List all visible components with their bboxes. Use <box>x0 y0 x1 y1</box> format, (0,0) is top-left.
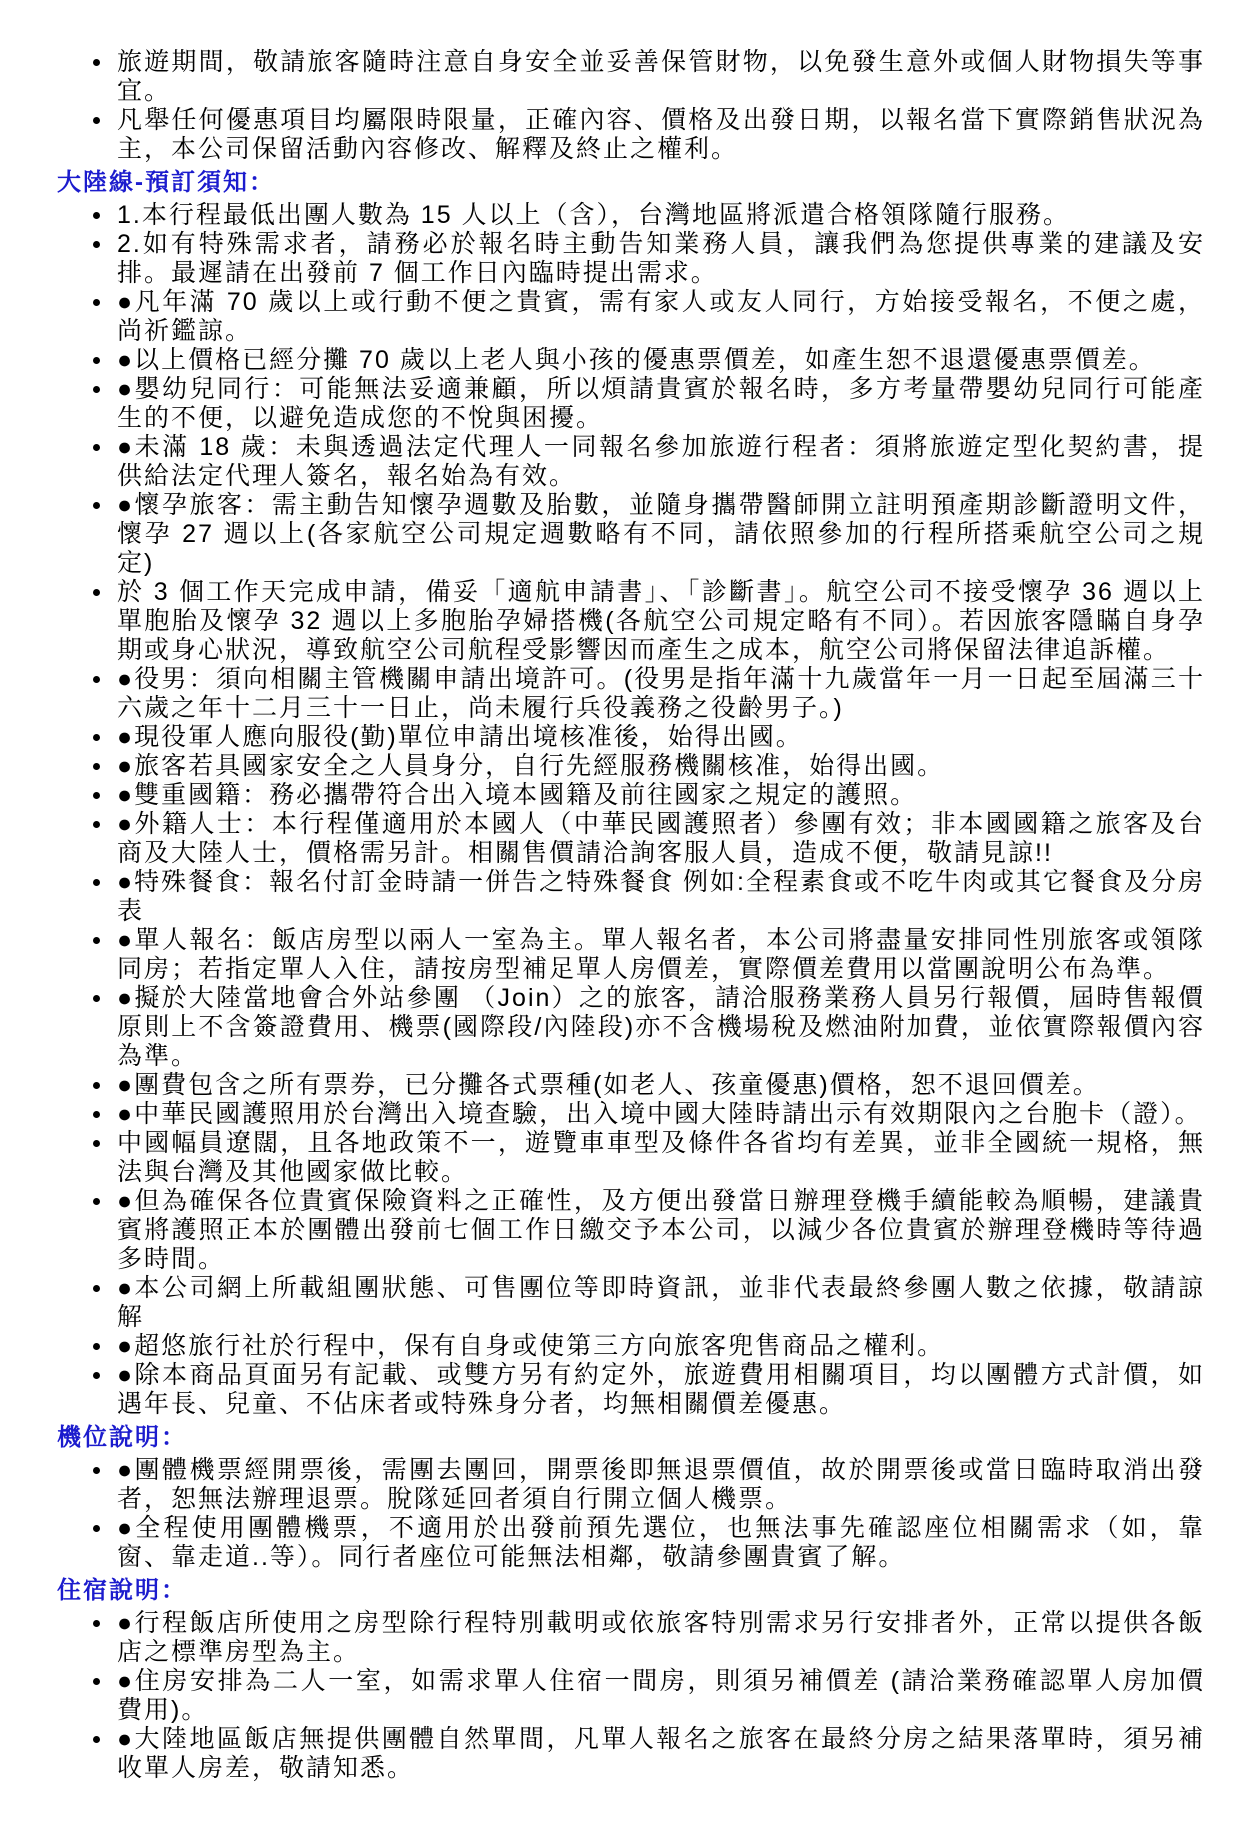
bullet-icon <box>93 792 100 799</box>
notice-item: ●現役軍人應向服役(勤)單位申請出境核准後，始得出國。 <box>57 723 1205 752</box>
bullet-icon <box>93 1082 100 1089</box>
bullet-icon <box>93 1198 100 1205</box>
notice-item: 2.如有特殊需求者，請務必於報名時主動告知業務人員，讓我們為您提供專業的建議及安… <box>57 230 1205 288</box>
notice-item: ●團體機票經開票後，需團去團回，開票後即無退票價值，故於開票後或當日臨時取消出發… <box>57 1456 1205 1514</box>
notice-item: ●中華民國護照用於台灣出入境查驗，出入境中國大陸時請出示有效期限內之台胞卡（證）… <box>57 1100 1205 1129</box>
section-heading: 機位說明： <box>57 1422 1205 1453</box>
notice-item: ●嬰幼兒同行：可能無法妥適兼顧，所以煩請貴賓於報名時，多方考量帶嬰幼兒同行可能產… <box>57 375 1205 433</box>
notice-item-text: ●嬰幼兒同行：可能無法妥適兼顧，所以煩請貴賓於報名時，多方考量帶嬰幼兒同行可能產… <box>117 375 1205 432</box>
notice-item-text: ●雙重國籍：務必攜帶符合出入境本國籍及前往國家之規定的護照。 <box>117 781 917 809</box>
notice-item-text: ●未滿 18 歲：未與透過法定代理人一同報名參加旅遊行程者：須將旅遊定型化契約書… <box>117 433 1205 490</box>
notice-item-text: ●役男：須向相關主管機關申請出境許可。(役男是指年滿十九歲當年一月一日起至屆滿三… <box>117 665 1205 722</box>
notice-document: 旅遊期間，敬請旅客隨時注意自身安全並妥善保管財物，以免發生意外或個人財物損失等事… <box>0 0 1241 1823</box>
bullet-icon <box>93 589 100 596</box>
notice-item: ●單人報名：飯店房型以兩人一室為主。單人報名者，本公司將盡量安排同性別旅客或領隊… <box>57 926 1205 984</box>
notice-item-text: ●行程飯店所使用之房型除行程特別載明或依旅客特別需求另行安排者外，正常以提供各飯… <box>117 1609 1205 1666</box>
notice-item-text: ●擬於大陸當地會合外站參團 （Join）之的旅客，請洽服務業務人員另行報價，屆時… <box>117 984 1205 1070</box>
notice-item: ●外籍人士：本行程僅適用於本國人（中華民國護照者）參團有效；非本國國籍之旅客及台… <box>57 810 1205 868</box>
section-heading: 大陸線-預訂須知： <box>57 167 1205 198</box>
notice-item: ●旅客若具國家安全之人員身分，自行先經服務機關核准，始得出國。 <box>57 752 1205 781</box>
notice-item: ●以上價格已經分攤 70 歲以上老人與小孩的優惠票價差，如產生恕不退還優惠票價差… <box>57 346 1205 375</box>
bullet-icon <box>93 763 100 770</box>
notice-item-text: 旅遊期間，敬請旅客隨時注意自身安全並妥善保管財物，以免發生意外或個人財物損失等事… <box>117 48 1205 105</box>
notice-item: ●除本商品頁面另有記載、或雙方另有約定外，旅遊費用相關項目，均以團體方式計價，如… <box>57 1361 1205 1419</box>
notice-item: ●役男：須向相關主管機關申請出境許可。(役男是指年滿十九歲當年一月一日起至屆滿三… <box>57 665 1205 723</box>
notice-item: ●雙重國籍：務必攜帶符合出入境本國籍及前往國家之規定的護照。 <box>57 781 1205 810</box>
notice-item-text: ●大陸地區飯店無提供團體自然單間，凡單人報名之旅客在最終分房之結果落單時，須另補… <box>117 1725 1205 1782</box>
notice-item: ●懷孕旅客：需主動告知懷孕週數及胎數，並隨身攜帶醫師開立註明預產期診斷證明文件，… <box>57 491 1205 578</box>
notice-item: ●未滿 18 歲：未與透過法定代理人一同報名參加旅遊行程者：須將旅遊定型化契約書… <box>57 433 1205 491</box>
notice-item: ●本公司網上所載組團狀態、可售團位等即時資訊，並非代表最終參團人數之依據，敬請諒… <box>57 1274 1205 1332</box>
notice-item-text: ●全程使用團體機票，不適用於出發前預先選位，也無法事先確認座位相關需求（如，靠窗… <box>117 1514 1205 1571</box>
notice-item-text: 凡舉任何優惠項目均屬限時限量，正確內容、價格及出發日期，以報名當下實際銷售狀況為… <box>117 106 1205 163</box>
bullet-icon <box>93 502 100 509</box>
notice-item: ●大陸地區飯店無提供團體自然單間，凡單人報名之旅客在最終分房之結果落單時，須另補… <box>57 1725 1205 1783</box>
notice-item: ●凡年滿 70 歲以上或行動不便之貴賓，需有家人或友人同行，方始接受報名，不便之… <box>57 288 1205 346</box>
bullet-icon <box>93 1678 100 1685</box>
bullet-icon <box>93 357 100 364</box>
notice-item-text: ●特殊餐食：報名付訂金時請一併告之特殊餐食 例如:全程素食或不吃牛肉或其它餐食及… <box>117 868 1205 925</box>
notice-item-text: 於 3 個工作天完成申請，備妥「適航申請書」、「診斷書」。航空公司不接受懷孕 3… <box>117 578 1205 664</box>
bullet-icon <box>93 1140 100 1147</box>
bullet-icon <box>93 995 100 1002</box>
bullet-icon <box>93 1111 100 1118</box>
notice-item-text: ●中華民國護照用於台灣出入境查驗，出入境中國大陸時請出示有效期限內之台胞卡（證）… <box>117 1100 1202 1128</box>
notice-item-text: ●本公司網上所載組團狀態、可售團位等即時資訊，並非代表最終參團人數之依據，敬請諒… <box>117 1274 1205 1331</box>
notice-item-text: 1.本行程最低出團人數為 15 人以上（含），台灣地區將派遣合格領隊隨行服務。 <box>117 201 1070 229</box>
section-heading: 住宿說明： <box>57 1575 1205 1606</box>
bullet-icon <box>93 821 100 828</box>
notice-item: 於 3 個工作天完成申請，備妥「適航申請書」、「診斷書」。航空公司不接受懷孕 3… <box>57 578 1205 665</box>
bullet-icon <box>93 386 100 393</box>
notice-item-text: 2.如有特殊需求者，請務必於報名時主動告知業務人員，讓我們為您提供專業的建議及安… <box>117 230 1205 287</box>
bullet-icon <box>93 1620 100 1627</box>
notice-item-text: ●單人報名：飯店房型以兩人一室為主。單人報名者，本公司將盡量安排同性別旅客或領隊… <box>117 926 1205 983</box>
notice-item-text: ●外籍人士：本行程僅適用於本國人（中華民國護照者）參團有效；非本國國籍之旅客及台… <box>117 810 1205 867</box>
notice-item-text: ●團費包含之所有票券，已分攤各式票種(如老人、孩童優惠)價格，恕不退回價差。 <box>117 1071 1100 1099</box>
bullet-icon <box>93 117 100 124</box>
bullet-icon <box>93 676 100 683</box>
notice-item: 凡舉任何優惠項目均屬限時限量，正確內容、價格及出發日期，以報名當下實際銷售狀況為… <box>57 106 1205 164</box>
notice-item: ●但為確保各位貴賓保險資料之正確性，及方便出發當日辦理登機手續能較為順暢，建議貴… <box>57 1187 1205 1274</box>
bullet-icon <box>93 444 100 451</box>
notice-item: ●住房安排為二人一室，如需求單人住宿一間房，則須另補價差 (請洽業務確認單人房加… <box>57 1667 1205 1725</box>
bullet-icon <box>93 1467 100 1474</box>
notice-item: ●全程使用團體機票，不適用於出發前預先選位，也無法事先確認座位相關需求（如，靠窗… <box>57 1514 1205 1572</box>
bullet-icon <box>93 937 100 944</box>
notice-item: ●超悠旅行社於行程中，保有自身或使第三方向旅客兜售商品之權利。 <box>57 1332 1205 1361</box>
notice-item: 1.本行程最低出團人數為 15 人以上（含），台灣地區將派遣合格領隊隨行服務。 <box>57 201 1205 230</box>
notice-item: ●擬於大陸當地會合外站參團 （Join）之的旅客，請洽服務業務人員另行報價，屆時… <box>57 984 1205 1071</box>
notice-item-text: ●懷孕旅客：需主動告知懷孕週數及胎數，並隨身攜帶醫師開立註明預產期診斷證明文件，… <box>117 491 1205 577</box>
bullet-icon <box>93 1525 100 1532</box>
bullet-icon <box>93 241 100 248</box>
notice-item-text: ●現役軍人應向服役(勤)單位申請出境核准後，始得出國。 <box>117 723 803 751</box>
notice-item: ●特殊餐食：報名付訂金時請一併告之特殊餐食 例如:全程素食或不吃牛肉或其它餐食及… <box>57 868 1205 926</box>
bullet-icon <box>93 59 100 66</box>
notice-item: ●行程飯店所使用之房型除行程特別載明或依旅客特別需求另行安排者外，正常以提供各飯… <box>57 1609 1205 1667</box>
notice-item-text: ●旅客若具國家安全之人員身分，自行先經服務機關核准，始得出國。 <box>117 752 944 780</box>
bullet-icon <box>93 734 100 741</box>
bullet-icon <box>93 1372 100 1379</box>
bullet-icon <box>93 212 100 219</box>
notice-item: ●團費包含之所有票券，已分攤各式票種(如老人、孩童優惠)價格，恕不退回價差。 <box>57 1071 1205 1100</box>
notice-item-text: ●團體機票經開票後，需團去團回，開票後即無退票價值，故於開票後或當日臨時取消出發… <box>117 1456 1205 1513</box>
notice-item-text: ●住房安排為二人一室，如需求單人住宿一間房，則須另補價差 (請洽業務確認單人房加… <box>117 1667 1205 1724</box>
notice-item-text: ●以上價格已經分攤 70 歲以上老人與小孩的優惠票價差，如產生恕不退還優惠票價差… <box>117 346 1156 374</box>
notice-item: 中國幅員遼闊，且各地政策不一，遊覽車車型及條件各省均有差異，並非全國統一規格，無… <box>57 1129 1205 1187</box>
bullet-icon <box>93 879 100 886</box>
notice-item-text: ●但為確保各位貴賓保險資料之正確性，及方便出發當日辦理登機手續能較為順暢，建議貴… <box>117 1187 1205 1273</box>
notice-item: 旅遊期間，敬請旅客隨時注意自身安全並妥善保管財物，以免發生意外或個人財物損失等事… <box>57 48 1205 106</box>
notice-item-text: ●超悠旅行社於行程中，保有自身或使第三方向旅客兜售商品之權利。 <box>117 1332 944 1360</box>
notice-item-text: ●凡年滿 70 歲以上或行動不便之貴賓，需有家人或友人同行，方始接受報名，不便之… <box>117 288 1205 345</box>
bullet-icon <box>93 299 100 306</box>
bullet-icon <box>93 1285 100 1292</box>
bullet-icon <box>93 1736 100 1743</box>
bullet-icon <box>93 1343 100 1350</box>
notice-item-text: 中國幅員遼闊，且各地政策不一，遊覽車車型及條件各省均有差異，並非全國統一規格，無… <box>117 1129 1205 1186</box>
notice-item-text: ●除本商品頁面另有記載、或雙方另有約定外，旅遊費用相關項目，均以團體方式計價，如… <box>117 1361 1205 1418</box>
